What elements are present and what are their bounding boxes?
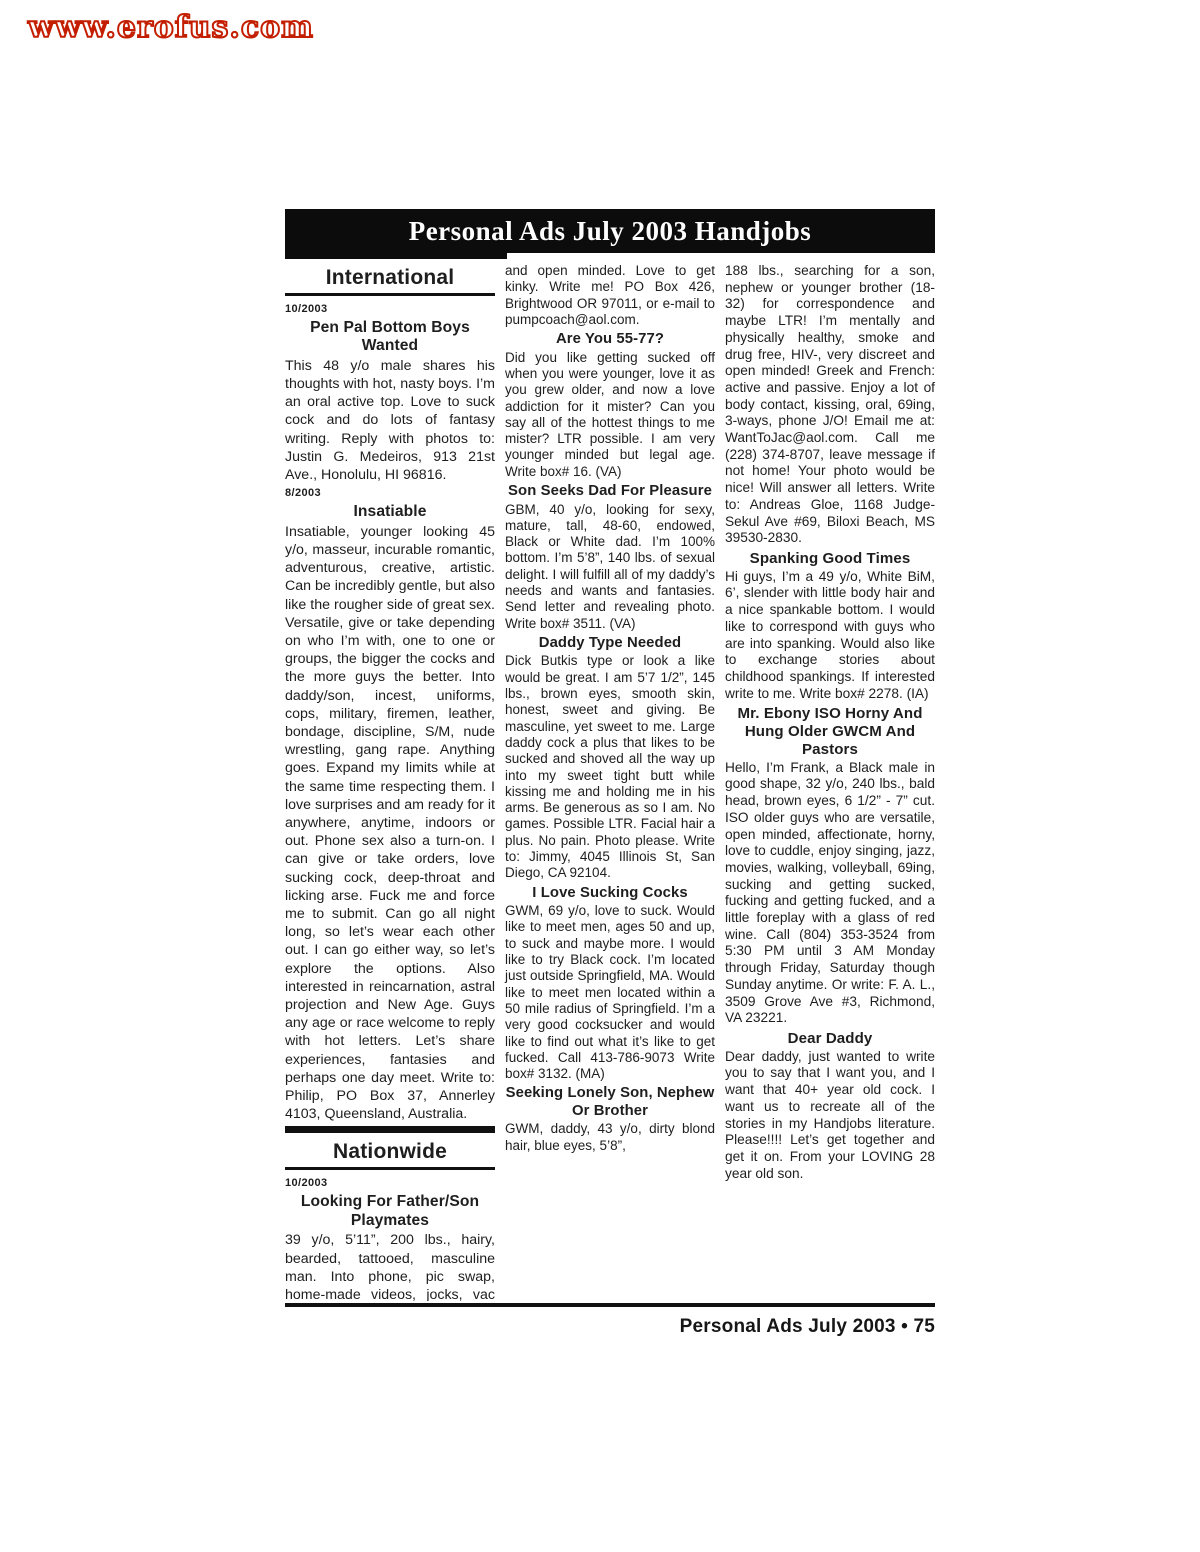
watermark-text: www.erofus.com [28,10,314,45]
ad-body: GWM, 69 y/o, love to suck. Would like to… [505,903,715,1082]
ad-title: Daddy Type Needed [505,632,715,654]
page-title-bar: Personal Ads July 2003 Handjobs [285,209,935,253]
ad-title: Son Seeks Dad For Pleasure [505,480,715,502]
footer-rule [285,1303,935,1307]
ad-continuation: 188 lbs., searching for a son, nephew or… [725,263,935,547]
ad-title: Are You 55-77? [505,328,715,350]
ad-title: Looking For Father/Son Playmates [285,1190,495,1231]
column-2: and open minded. Love to get kinky. Writ… [505,263,715,1301]
ad-title: Pen Pal Bottom Boys Wanted [285,316,495,357]
ad-title: Mr. Ebony ISO Horny And Hung Older GWCM … [725,702,935,759]
ad-continuation: and open minded. Love to get kinky. Writ… [505,263,715,328]
ad-body: Hi guys, I’m a 49 y/o, White BiM, 6’, sl… [725,569,935,703]
ad-date: 10/2003 [285,300,495,316]
section-header: International [285,265,495,296]
section-divider-bar [285,1126,495,1133]
page-footer: Personal Ads July 2003 • 75 [285,1316,935,1338]
ad-body: This 48 y/o male shares his thoughts wit… [285,357,495,484]
page-title: Personal Ads July 2003 Handjobs [285,209,935,254]
ad-body: GBM, 40 y/o, looking for sexy, mature, t… [505,502,715,632]
ad-date: 8/2003 [285,484,495,500]
ad-body: Did you like getting sucked off when you… [505,350,715,480]
column-3: 188 lbs., searching for a son, nephew or… [725,263,935,1301]
ad-body: Dick Butkis type or look a like would be… [505,653,715,881]
ad-title: Dear Daddy [725,1027,935,1049]
ad-title: Insatiable [285,500,495,522]
ad-body: Insatiable, younger looking 45 y/o, mass… [285,523,495,1124]
ad-title: I Love Sucking Cocks [505,882,715,904]
page-content: Personal Ads July 2003 Handjobs Internat… [285,209,935,1338]
ad-body: GWM, daddy, 43 y/o, dirty blond hair, bl… [505,1121,715,1154]
scanned-magazine-page: { "watermark": "www.erofus.com", "header… [0,0,1200,1552]
section-title: Nationwide [285,1139,495,1170]
ad-body: Dear daddy, just wanted to write you to … [725,1049,935,1183]
ad-columns: International10/2003Pen Pal Bottom Boys … [285,263,935,1301]
ad-body: Hello, I’m Frank, a Black male in good s… [725,760,935,1027]
ad-body: 39 y/o, 5’11”, 200 lbs., hairy, bearded,… [285,1231,495,1301]
title-bar-notch [285,253,507,259]
ad-date: 10/2003 [285,1174,495,1190]
ad-title: Spanking Good Times [725,547,935,569]
column-1: International10/2003Pen Pal Bottom Boys … [285,263,495,1301]
ad-title: Seeking Lonely Son, Nephew Or Brother [505,1082,715,1121]
section-header: Nationwide [285,1126,495,1170]
section-title: International [285,265,495,296]
